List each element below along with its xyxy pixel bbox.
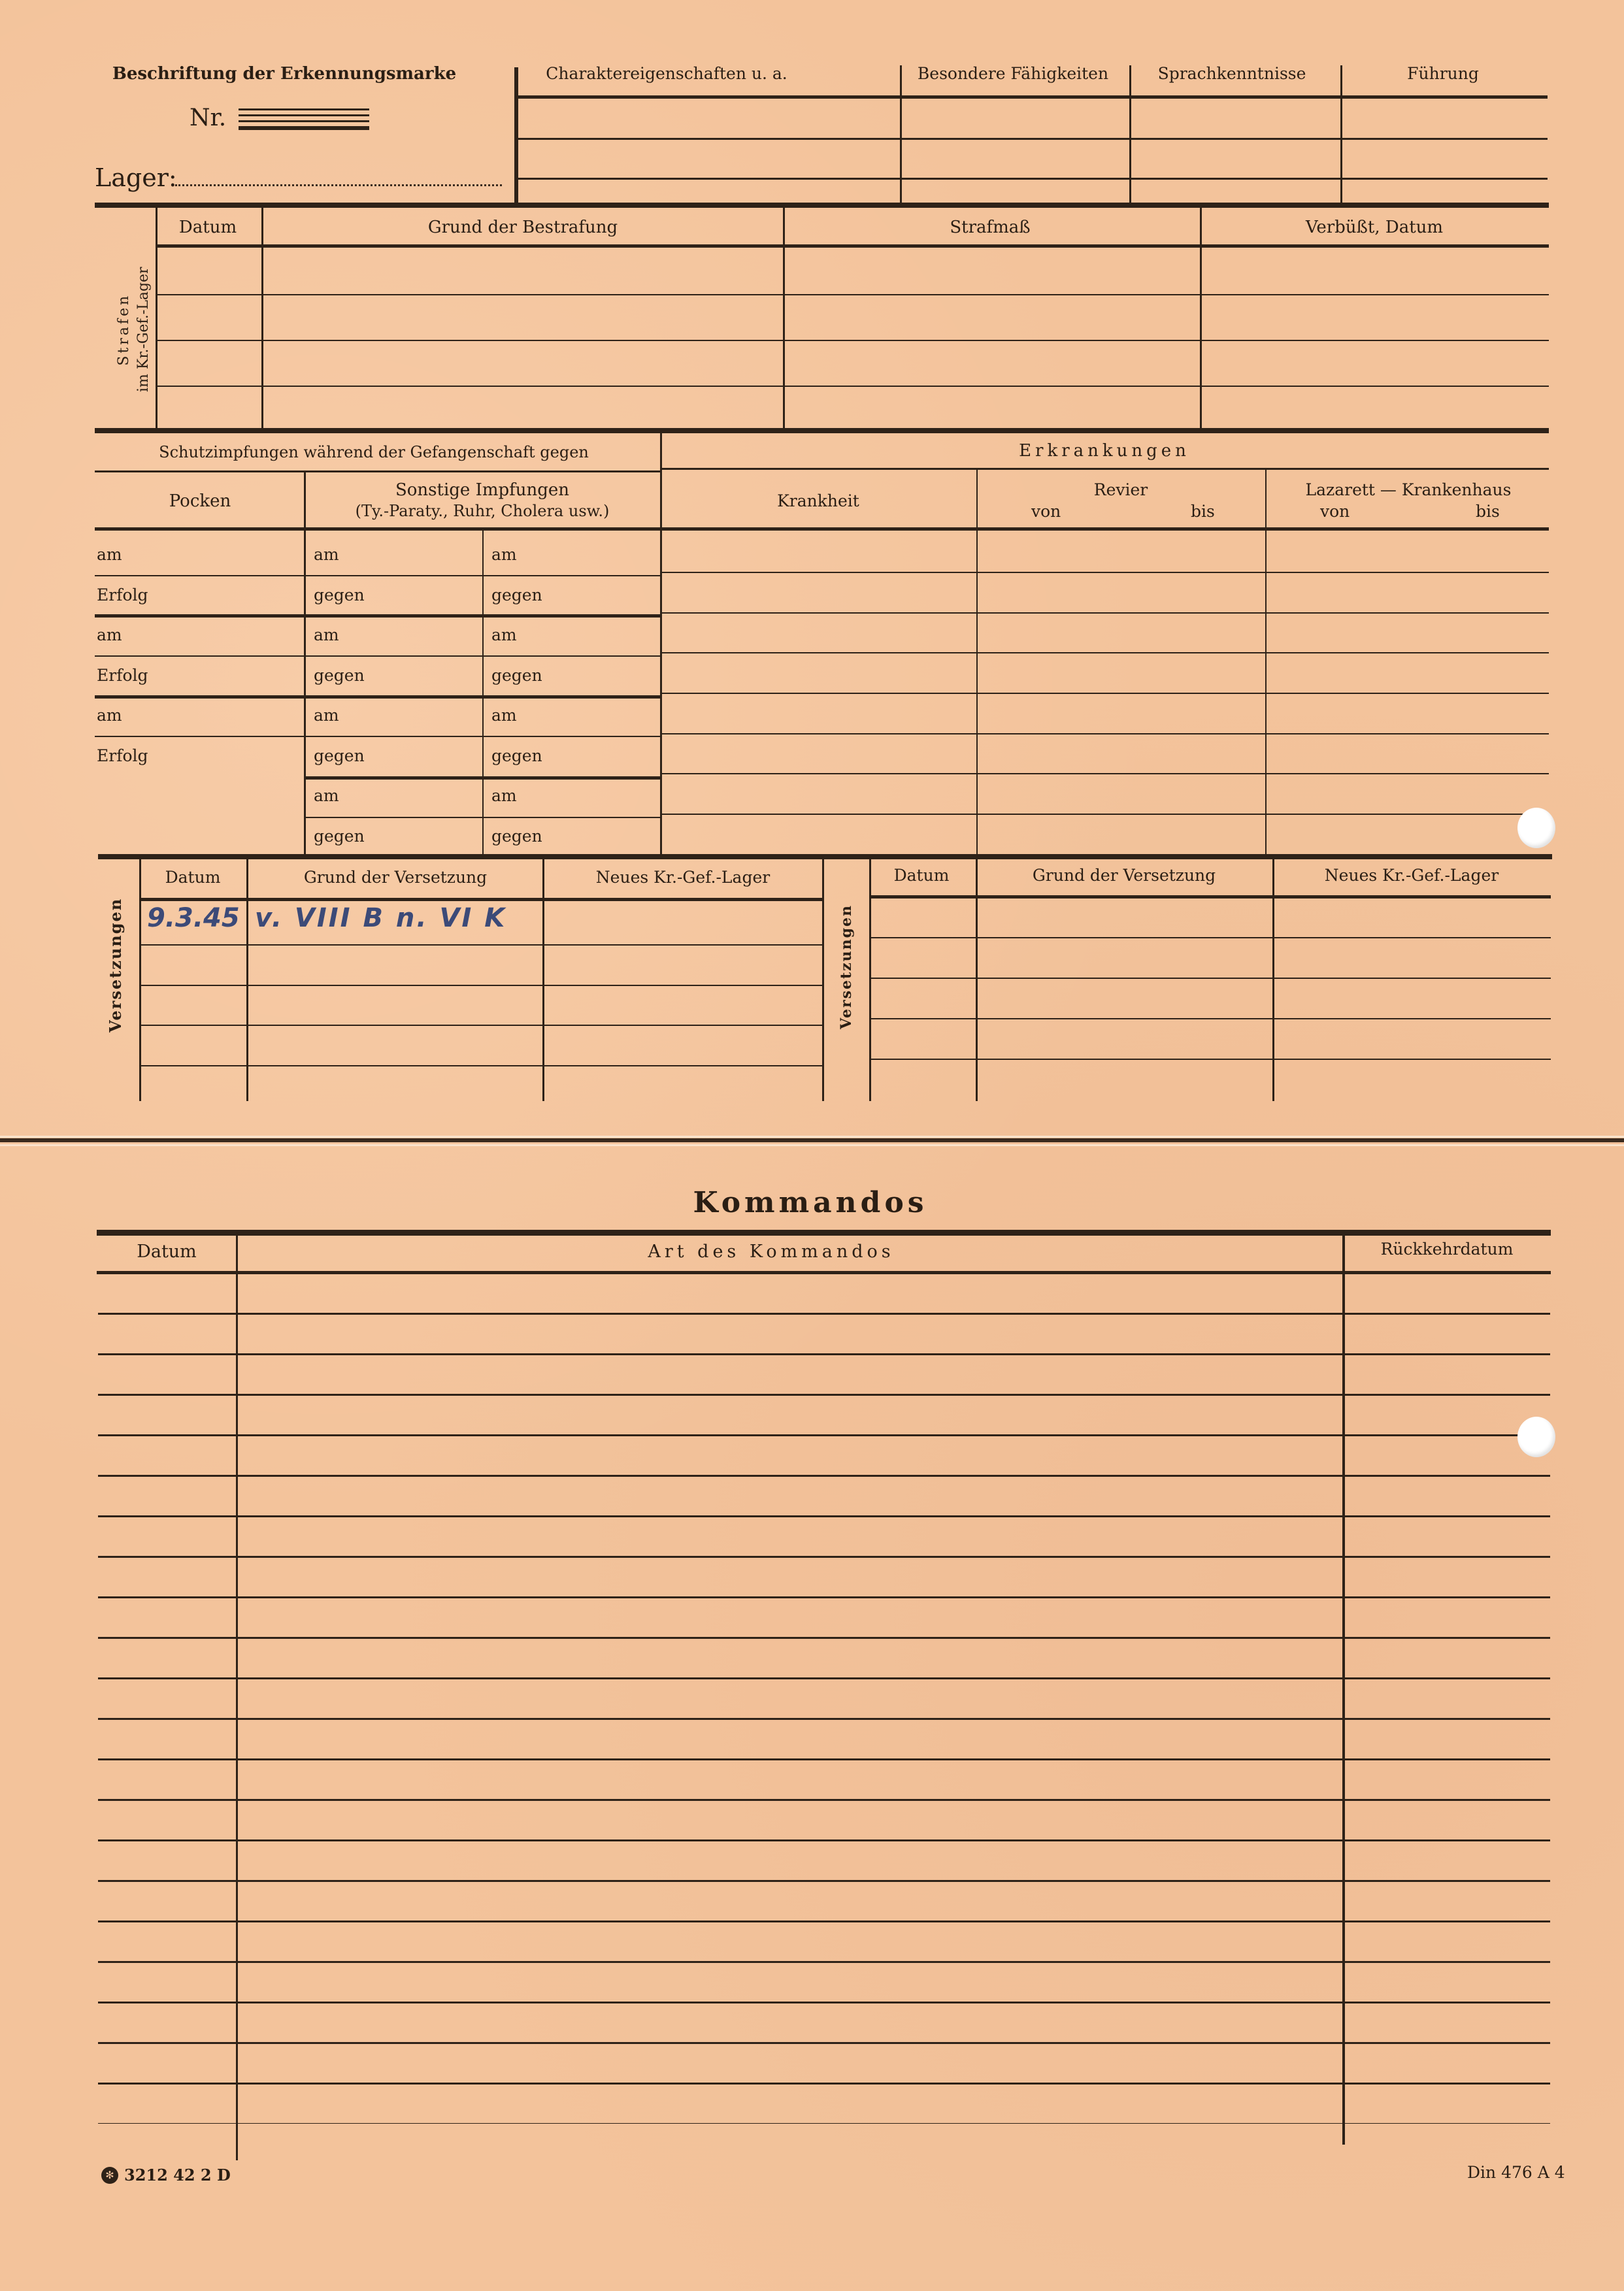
lazarett-label: Lazarett — Krankenhaus	[1306, 480, 1512, 499]
kommandos-col-rueckkehr: Rückkehrdatum	[1381, 1240, 1514, 1259]
pocken-cell: am	[97, 625, 122, 644]
revier-label: Revier	[1094, 480, 1148, 499]
vers-col-datum: Datum	[165, 868, 221, 887]
impfungen-title: Schutzimpfungen während der Gefangenscha…	[159, 443, 589, 461]
sonstige-gegen: gegen	[314, 585, 365, 604]
pocken-label: Pocken	[169, 491, 231, 511]
sonstige-am: am	[314, 706, 339, 725]
pocken-cell: Erfolg	[97, 666, 148, 685]
vers-col-grund: Grund der Versetzung	[304, 868, 487, 887]
punch-hole	[1517, 808, 1555, 848]
revier-bis: bis	[1191, 502, 1215, 521]
erkennungsmarke-label: Beschriftung der Erkennungsmarke	[112, 64, 456, 84]
kommandos-col-art: Art des Kommandos	[648, 1242, 894, 1262]
sonstige-am: am	[491, 706, 517, 725]
lazarett-bis: bis	[1476, 502, 1500, 521]
col-fuehrung: Führung	[1407, 64, 1479, 83]
krankheit-label: Krankheit	[777, 491, 859, 510]
sonstige-label-1: Sonstige Impfungen	[395, 480, 569, 500]
sonstige-am: am	[491, 545, 517, 564]
punch-hole	[1517, 1417, 1555, 1457]
lazarett-von: von	[1320, 502, 1350, 521]
sonstige-gegen: gegen	[491, 746, 542, 765]
sonstige-am: am	[491, 786, 517, 805]
col-faehigkeiten: Besondere Fähigkeiten	[918, 64, 1108, 83]
sonstige-label-2: (Ty.-Paraty., Ruhr, Cholera usw.)	[356, 502, 610, 520]
record-card: Beschriftung der Erkennungsmarke Nr. Lag…	[0, 0, 1624, 2291]
col-sprachkenntnisse: Sprachkenntnisse	[1158, 64, 1306, 83]
lager-label: Lager:	[95, 163, 177, 192]
versetzungen-side-label: Versetzungen	[106, 898, 125, 1032]
kommandos-title: Kommandos	[693, 1186, 927, 1219]
versetzungen-side-label-2: Versetzungen	[838, 904, 855, 1029]
divider	[98, 854, 1552, 859]
kommandos-rows[interactable]	[98, 1274, 1550, 2124]
pocken-cell: am	[97, 706, 122, 725]
pocken-cell: am	[97, 545, 122, 564]
sonstige-am: am	[314, 545, 339, 564]
printer-mark-icon: ✻	[101, 2167, 118, 2184]
lager-field[interactable]	[175, 184, 502, 186]
strafen-col-datum: Datum	[179, 218, 237, 237]
nr-label: Nr.	[190, 105, 226, 131]
sonstige-gegen: gegen	[491, 585, 542, 604]
fold-line	[0, 1138, 1624, 1142]
strafen-col-grund: Grund der Bestrafung	[428, 218, 618, 237]
sonstige-am: am	[491, 625, 517, 644]
pocken-cell: Erfolg	[97, 746, 148, 765]
vers2-col-lager: Neues Kr.-Gef.-Lager	[1325, 866, 1499, 885]
kommandos-col-datum: Datum	[137, 1242, 197, 1262]
print-code: 3212 42 2 D	[124, 2166, 231, 2184]
strafen-col-strafmass: Strafmaß	[950, 218, 1030, 237]
sonstige-gegen: gegen	[314, 827, 365, 846]
sonstige-gegen: gegen	[314, 666, 365, 685]
sonstige-gegen: gegen	[314, 746, 365, 765]
col-charaktereigenschaften: Charaktereigenschaften u. a.	[546, 64, 787, 83]
revier-von: von	[1031, 502, 1061, 521]
divider	[95, 203, 1549, 208]
strafen-col-verbuesst: Verbüßt, Datum	[1306, 218, 1443, 237]
din-label: Din 476 A 4	[1467, 2163, 1565, 2182]
vers2-col-datum: Datum	[894, 866, 950, 885]
erkrankungen-title: Erkrankungen	[1019, 441, 1190, 461]
vers-col-lager: Neues Kr.-Gef.-Lager	[596, 868, 770, 887]
sonstige-gegen: gegen	[491, 666, 542, 685]
sonstige-am: am	[314, 786, 339, 805]
vers-entry-grund: v. VIII B n. VI K	[255, 903, 506, 933]
pocken-cell: Erfolg	[97, 585, 148, 604]
strafen-side-label: Strafen im Kr.-Gef.-Lager	[114, 267, 154, 392]
vers-entry-datum: 9.3.45	[147, 903, 240, 933]
divider	[95, 428, 1549, 433]
sonstige-gegen: gegen	[491, 827, 542, 846]
vers2-col-grund: Grund der Versetzung	[1033, 866, 1216, 885]
sonstige-am: am	[314, 625, 339, 644]
